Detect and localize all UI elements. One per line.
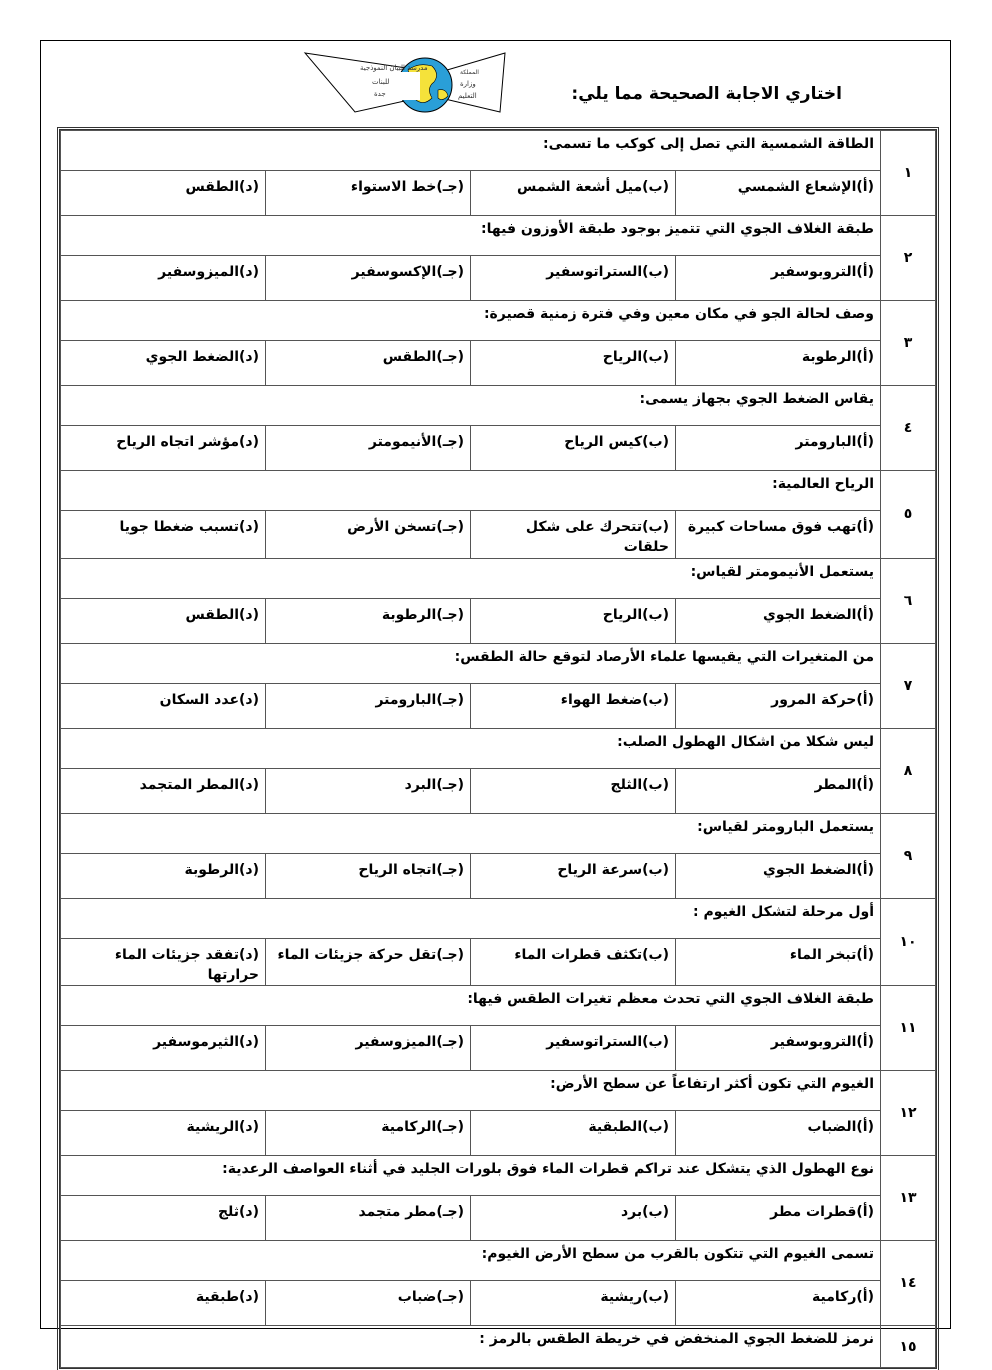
- option-prefix: (د): [239, 1289, 259, 1305]
- option-c[interactable]: (جـ)الإكسوسفير: [266, 256, 471, 301]
- option-text: مطر متجمد: [358, 1204, 436, 1220]
- option-text: الضغط الجوي: [146, 349, 239, 365]
- option-prefix: (ب): [642, 607, 669, 623]
- option-text: عدد السكان: [160, 692, 239, 708]
- option-text: كيس الرياح: [564, 434, 642, 450]
- option-text: تسخن الأرض: [347, 519, 436, 535]
- options-row: (أ)الإشعاع الشمسي(ب)ميل أشعة الشمس(جـ)خط…: [61, 171, 936, 216]
- option-text: تسبب ضغطا جويا: [120, 519, 240, 535]
- question-number: ٢: [881, 216, 936, 301]
- option-prefix: (أ): [856, 947, 874, 963]
- option-text: الريشية: [187, 1119, 239, 1135]
- question-row: ١٠أول مرحلة لتشكل الغيوم :: [61, 898, 936, 938]
- option-a[interactable]: (أ)الرطوبة: [676, 341, 881, 386]
- options-row: (أ)الرطوبة(ب)الرياح(جـ)الطقس(د)الضغط الج…: [61, 341, 936, 386]
- options-row: (أ)الضباب(ب)الطبقية(جـ)الركامية(د)الريشي…: [61, 1111, 936, 1156]
- option-b[interactable]: (ب)الطبقية: [471, 1111, 676, 1156]
- option-text: الإشعاع الشمسي: [738, 179, 857, 195]
- question-number: ١٠: [881, 898, 936, 986]
- option-text: الميزوسفير: [158, 264, 239, 280]
- option-c[interactable]: (جـ)الطقس: [266, 341, 471, 386]
- option-prefix: (د): [239, 349, 259, 365]
- option-prefix: (جـ): [436, 692, 464, 708]
- question-row: ١١طبقة الغلاف الجوي التي تحدث معظم تغيرا…: [61, 986, 936, 1026]
- option-c[interactable]: (جـ)تقل حركة جزيئات الماء: [266, 938, 471, 986]
- question-number: ٣: [881, 301, 936, 386]
- option-text: البارومتر: [375, 692, 436, 708]
- option-d[interactable]: (د)الرطوبة: [61, 853, 266, 898]
- option-text: الضغط الجوي: [763, 862, 856, 878]
- option-text: الرطوبة: [802, 349, 856, 365]
- option-d[interactable]: (د)تسبب ضغطا جويا: [61, 511, 266, 559]
- question-row: ٦يستعمل الأنيمومتر لقياس:: [61, 558, 936, 598]
- option-prefix: (أ): [856, 434, 874, 450]
- option-text: التروبوسفير: [771, 1034, 856, 1050]
- option-prefix: (ب): [642, 519, 669, 535]
- option-prefix: (ب): [642, 692, 669, 708]
- option-b[interactable]: (ب)الرياح: [471, 341, 676, 386]
- option-b[interactable]: (ب)كيس الرياح: [471, 426, 676, 471]
- question-row: ٣وصف لحالة الجو في مكان معين وفي فترة زم…: [61, 301, 936, 341]
- option-text: حركة المرور: [771, 692, 856, 708]
- option-prefix: (د): [239, 179, 259, 195]
- option-d[interactable]: (د)الطقس: [61, 598, 266, 643]
- question-row: ٤يقاس الضغط الجوي بجهاز يسمى:: [61, 386, 936, 426]
- option-prefix: (جـ): [436, 434, 464, 450]
- question-stem: الغيوم التي تكون أكثر ارتفاعاً عن سطح ال…: [61, 1071, 881, 1111]
- option-prefix: (د): [239, 607, 259, 623]
- option-c[interactable]: (جـ)اتجاه الرياح: [266, 853, 471, 898]
- option-text: تبخر الماء: [790, 947, 857, 963]
- option-text: الركامية: [381, 1119, 436, 1135]
- option-b[interactable]: (ب)ريشية: [471, 1281, 676, 1326]
- option-prefix: (د): [239, 777, 259, 793]
- option-prefix: (جـ): [436, 1204, 464, 1220]
- options-row: (أ)التروبوسفير(ب)الستراتوسفير(جـ)الإكسوس…: [61, 256, 936, 301]
- option-prefix: (أ): [856, 519, 874, 535]
- question-stem: يقاس الضغط الجوي بجهاز يسمى:: [61, 386, 881, 426]
- option-prefix: (ب): [642, 434, 669, 450]
- option-text: الثيرموسفير: [153, 1034, 239, 1050]
- option-prefix: (د): [239, 519, 259, 535]
- option-text: الأنيمومتر: [369, 434, 436, 450]
- option-a[interactable]: (أ)التروبوسفير: [676, 1026, 881, 1071]
- option-text: الطقس: [383, 349, 437, 365]
- question-number: ٥: [881, 471, 936, 559]
- option-text: برد: [621, 1204, 642, 1220]
- option-prefix: (جـ): [436, 519, 464, 535]
- option-prefix: (د): [239, 1119, 259, 1135]
- option-text: طبقية: [196, 1289, 239, 1305]
- option-d[interactable]: (د)ثلج: [61, 1196, 266, 1241]
- option-prefix: (ب): [642, 1119, 669, 1135]
- option-text: تهب فوق مساحات كبيرة: [688, 519, 857, 535]
- options-row: (أ)التروبوسفير(ب)الستراتوسفير(جـ)الميزوس…: [61, 1026, 936, 1071]
- question-row: ١٤تسمى الغيوم التي تتكون بالقرب من سطح ا…: [61, 1241, 936, 1281]
- option-prefix: (د): [239, 434, 259, 450]
- options-row: (أ)البارومتر(ب)كيس الرياح(جـ)الأنيمومتر(…: [61, 426, 936, 471]
- option-d[interactable]: (د)الضغط الجوي: [61, 341, 266, 386]
- option-prefix: (ب): [642, 1204, 669, 1220]
- option-text: البارومتر: [796, 434, 857, 450]
- option-prefix: (ب): [642, 179, 669, 195]
- option-prefix: (جـ): [436, 862, 464, 878]
- option-c[interactable]: (جـ)ضباب: [266, 1281, 471, 1326]
- option-prefix: (أ): [856, 1034, 874, 1050]
- question-stem: وصف لحالة الجو في مكان معين وفي فترة زمن…: [61, 301, 881, 341]
- option-c[interactable]: (جـ)الأنيمومتر: [266, 426, 471, 471]
- options-row: (أ)المطر(ب)الثلج(جـ)البرد(د)المطر المتجم…: [61, 768, 936, 813]
- options-row: (أ)تهب فوق مساحات كبيرة(ب)تتحرك على شكل …: [61, 511, 936, 559]
- option-prefix: (أ): [856, 1204, 874, 1220]
- question-stem: من المتغيرات التي يقيسها علماء الأرصاد ل…: [61, 643, 881, 683]
- question-stem: الطاقة الشمسية التي تصل إلى كوكب ما تسمى…: [61, 131, 881, 171]
- options-row: (أ)حركة المرور(ب)ضغط الهواء(جـ)البارومتر…: [61, 683, 936, 728]
- option-prefix: (د): [239, 1034, 259, 1050]
- question-stem: طبقة الغلاف الجوي التي تتميز بوجود طبقة …: [61, 216, 881, 256]
- option-d[interactable]: (د)عدد السكان: [61, 683, 266, 728]
- option-prefix: (د): [239, 947, 259, 963]
- options-row: (أ)ركامية(ب)ريشية(جـ)ضباب(د)طبقية: [61, 1281, 936, 1326]
- option-text: الطقس: [185, 607, 239, 623]
- option-b[interactable]: (ب)الستراتوسفير: [471, 256, 676, 301]
- option-a[interactable]: (أ)الضغط الجوي: [676, 853, 881, 898]
- option-prefix: (جـ): [436, 179, 464, 195]
- option-text: الضباب: [808, 1119, 857, 1135]
- option-text: الثلج: [611, 777, 643, 793]
- option-prefix: (أ): [856, 692, 874, 708]
- question-number: ١٢: [881, 1071, 936, 1156]
- question-row: ٧من المتغيرات التي يقيسها علماء الأرصاد …: [61, 643, 936, 683]
- question-number: ٨: [881, 728, 936, 813]
- option-d[interactable]: (د)المطر المتجمد: [61, 768, 266, 813]
- question-number: ١٣: [881, 1156, 936, 1241]
- option-prefix: (ب): [642, 1034, 669, 1050]
- option-text: اتجاه الرياح: [358, 862, 436, 878]
- option-text: الستراتوسفير: [546, 264, 642, 280]
- option-a[interactable]: (أ)البارومتر: [676, 426, 881, 471]
- option-a[interactable]: (أ)قطرات مطر: [676, 1196, 881, 1241]
- question-stem: نوع الهطول الذي يتشكل عند تراكم قطرات ال…: [61, 1156, 881, 1196]
- option-d[interactable]: (د)الثيرموسفير: [61, 1026, 266, 1071]
- option-text: خط الاستواء: [351, 179, 436, 195]
- question-stem: تسمى الغيوم التي تتكون بالقرب من سطح الأ…: [61, 1241, 881, 1281]
- question-row: ١٥نرمز للضغط الجوي المنخفض في خريطة الطق…: [61, 1326, 936, 1368]
- question-stem: يستعمل البارومتر لقياس:: [61, 813, 881, 853]
- option-c[interactable]: (جـ)مطر متجمد: [266, 1196, 471, 1241]
- option-text: الضغط الجوي: [763, 607, 856, 623]
- question-stem: طبقة الغلاف الجوي التي تحدث معظم تغيرات …: [61, 986, 881, 1026]
- question-row: ٨ليس شكلا من اشكال الهطول الصلب:: [61, 728, 936, 768]
- option-text: تكثف قطرات الماء: [514, 947, 642, 963]
- option-b[interactable]: (ب)تتحرك على شكل حلقات: [471, 511, 676, 559]
- option-d[interactable]: (د)طبقية: [61, 1281, 266, 1326]
- question-row: ٥الرياح العالمية:: [61, 471, 936, 511]
- option-prefix: (ب): [642, 862, 669, 878]
- option-b[interactable]: (ب)سرعة الرياح: [471, 853, 676, 898]
- logo-school-text: مدرسة البيان النموذجية: [360, 64, 428, 72]
- option-prefix: (جـ): [436, 1289, 464, 1305]
- page-title: اختاري الاجابة الصحيحة مما يلي:: [571, 84, 842, 104]
- option-a[interactable]: (أ)التروبوسفير: [676, 256, 881, 301]
- option-prefix: (ب): [642, 777, 669, 793]
- options-row: (أ)تبخر الماء(ب)تكثف قطرات الماء(جـ)تقل …: [61, 938, 936, 986]
- option-prefix: (ب): [642, 1289, 669, 1305]
- option-c[interactable]: (جـ)الميزوسفير: [266, 1026, 471, 1071]
- question-stem: الرياح العالمية:: [61, 471, 881, 511]
- option-prefix: (د): [239, 692, 259, 708]
- options-row: (أ)الضغط الجوي(ب)الرياح(جـ)الرطوبة(د)الط…: [61, 598, 936, 643]
- option-text: الستراتوسفير: [546, 1034, 642, 1050]
- option-d[interactable]: (د)الطقس: [61, 171, 266, 216]
- option-b[interactable]: (ب)الرياح: [471, 598, 676, 643]
- option-prefix: (ب): [642, 947, 669, 963]
- option-text: الإكسوسفير: [352, 264, 437, 280]
- option-prefix: (ب): [642, 264, 669, 280]
- option-b[interactable]: (ب)ضغط الهواء: [471, 683, 676, 728]
- option-text: الطبقية: [588, 1119, 642, 1135]
- option-prefix: (د): [239, 264, 259, 280]
- globe-logo-icon: مدرسة البيان النموذجية للبنات جدة المملك…: [300, 50, 510, 115]
- option-prefix: (أ): [856, 1119, 874, 1135]
- svg-text:جدة: جدة: [374, 90, 386, 98]
- option-c[interactable]: (جـ)الركامية: [266, 1111, 471, 1156]
- option-text: التروبوسفير: [771, 264, 856, 280]
- option-d[interactable]: (د)تفقد جزيئات الماء حرارتها: [61, 938, 266, 986]
- option-prefix: (أ): [856, 349, 874, 365]
- option-text: الرطوبة: [185, 862, 239, 878]
- option-prefix: (أ): [856, 777, 874, 793]
- option-a[interactable]: (أ)الإشعاع الشمسي: [676, 171, 881, 216]
- option-prefix: (جـ): [436, 1034, 464, 1050]
- option-prefix: (جـ): [436, 607, 464, 623]
- option-prefix: (أ): [856, 607, 874, 623]
- option-prefix: (جـ): [436, 1119, 464, 1135]
- svg-text:وزارة: وزارة: [460, 80, 476, 88]
- option-a[interactable]: (أ)تبخر الماء: [676, 938, 881, 986]
- option-text: الميزوسفير: [355, 1034, 436, 1050]
- option-prefix: (د): [239, 1204, 259, 1220]
- option-text: ريشية: [600, 1289, 642, 1305]
- option-c[interactable]: (جـ)الرطوبة: [266, 598, 471, 643]
- question-number: ١: [881, 131, 936, 216]
- option-prefix: (جـ): [436, 264, 464, 280]
- option-text: سرعة الرياح: [557, 862, 642, 878]
- question-stem: أول مرحلة لتشكل الغيوم :: [61, 898, 881, 938]
- option-b[interactable]: (ب)ميل أشعة الشمس: [471, 171, 676, 216]
- question-row: ١الطاقة الشمسية التي تصل إلى كوكب ما تسم…: [61, 131, 936, 171]
- option-text: تفقد جزيئات الماء حرارتها: [115, 947, 259, 983]
- option-prefix: (أ): [856, 264, 874, 280]
- question-row: ١٢الغيوم التي تكون أكثر ارتفاعاً عن سطح …: [61, 1071, 936, 1111]
- option-prefix: (أ): [856, 179, 874, 195]
- option-d[interactable]: (د)الميزوسفير: [61, 256, 266, 301]
- option-prefix: (د): [239, 862, 259, 878]
- option-prefix: (جـ): [436, 349, 464, 365]
- option-prefix: (أ): [856, 862, 874, 878]
- option-text: الرياح: [603, 349, 642, 365]
- option-prefix: (ب): [642, 349, 669, 365]
- option-c[interactable]: (جـ)تسخن الأرض: [266, 511, 471, 559]
- svg-text:للبنات: للبنات: [372, 78, 389, 86]
- option-c[interactable]: (جـ)خط الاستواء: [266, 171, 471, 216]
- question-row: ٢طبقة الغلاف الجوي التي تتميز بوجود طبقة…: [61, 216, 936, 256]
- question-number: ٧: [881, 643, 936, 728]
- option-text: ركامية: [812, 1289, 856, 1305]
- question-row: ٩يستعمل البارومتر لقياس:: [61, 813, 936, 853]
- option-a[interactable]: (أ)ركامية: [676, 1281, 881, 1326]
- questions-table: ١الطاقة الشمسية التي تصل إلى كوكب ما تسم…: [57, 127, 939, 1370]
- options-row: (أ)قطرات مطر(ب)برد(جـ)مطر متجمد(د)ثلج: [61, 1196, 936, 1241]
- option-text: الرطوبة: [382, 607, 436, 623]
- options-row: (أ)الضغط الجوي(ب)سرعة الرياح(جـ)اتجاه ال…: [61, 853, 936, 898]
- option-c[interactable]: (جـ)البارومتر: [266, 683, 471, 728]
- option-b[interactable]: (ب)تكثف قطرات الماء: [471, 938, 676, 986]
- option-d[interactable]: (د)مؤشر اتجاه الرياح: [61, 426, 266, 471]
- svg-text:التعليم: التعليم: [458, 92, 477, 100]
- question-number: ١٥: [881, 1326, 936, 1368]
- option-prefix: (جـ): [436, 947, 464, 963]
- option-a[interactable]: (أ)تهب فوق مساحات كبيرة: [676, 511, 881, 559]
- question-number: ٩: [881, 813, 936, 898]
- school-logo: مدرسة البيان النموذجية للبنات جدة المملك…: [300, 50, 510, 115]
- option-a[interactable]: (أ)الضغط الجوي: [676, 598, 881, 643]
- option-text: مؤشر اتجاه الرياح: [116, 434, 239, 450]
- question-stem: يستعمل الأنيمومتر لقياس:: [61, 558, 881, 598]
- option-b[interactable]: (ب)الثلج: [471, 768, 676, 813]
- option-text: ضغط الهواء: [561, 692, 642, 708]
- option-prefix: (أ): [856, 1289, 874, 1305]
- option-text: تقل حركة جزيئات الماء: [277, 947, 436, 963]
- question-number: ١٤: [881, 1241, 936, 1326]
- question-number: ١١: [881, 986, 936, 1071]
- question-number: ٦: [881, 558, 936, 643]
- option-d[interactable]: (د)الريشية: [61, 1111, 266, 1156]
- option-b[interactable]: (ب)برد: [471, 1196, 676, 1241]
- option-text: ضباب: [398, 1289, 437, 1305]
- option-text: قطرات مطر: [770, 1204, 856, 1220]
- option-a[interactable]: (أ)حركة المرور: [676, 683, 881, 728]
- option-a[interactable]: (أ)الضباب: [676, 1111, 881, 1156]
- svg-text:المملكة: المملكة: [460, 69, 479, 76]
- option-a[interactable]: (أ)المطر: [676, 768, 881, 813]
- option-text: ثلج: [218, 1204, 239, 1220]
- option-prefix: (جـ): [436, 777, 464, 793]
- option-text: ميل أشعة الشمس: [517, 179, 642, 195]
- question-stem: ليس شكلا من اشكال الهطول الصلب:: [61, 728, 881, 768]
- question-row: ١٣نوع الهطول الذي يتشكل عند تراكم قطرات …: [61, 1156, 936, 1196]
- questions-grid: ١الطاقة الشمسية التي تصل إلى كوكب ما تسم…: [60, 130, 936, 1368]
- option-text: البرد: [405, 777, 437, 793]
- option-text: المطر المتجمد: [140, 777, 239, 793]
- option-b[interactable]: (ب)الستراتوسفير: [471, 1026, 676, 1071]
- question-stem: نرمز للضغط الجوي المنخفض في خريطة الطقس …: [61, 1326, 881, 1368]
- option-text: الرياح: [603, 607, 642, 623]
- option-c[interactable]: (جـ)البرد: [266, 768, 471, 813]
- option-text: المطر: [815, 777, 857, 793]
- option-text: الطقس: [185, 179, 239, 195]
- question-number: ٤: [881, 386, 936, 471]
